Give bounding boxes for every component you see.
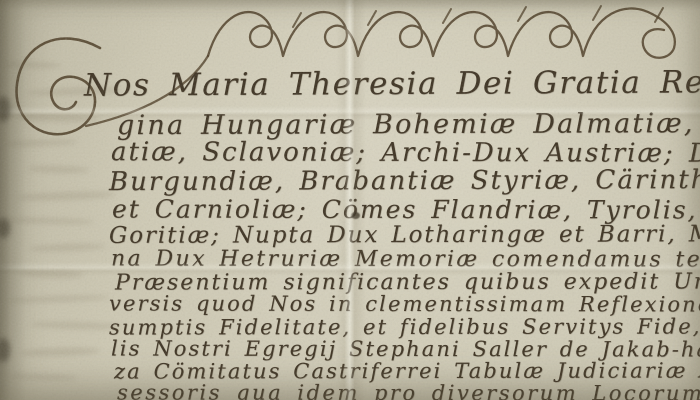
page-gutter-shadow: [0, 0, 26, 400]
show-through-line: [8, 373, 78, 381]
show-through-line: [17, 190, 116, 201]
flourish-tick-marks: [293, 6, 663, 27]
gutter-dark-mark: [0, 96, 10, 122]
show-through-line: [7, 294, 110, 304]
manuscript-line-4: Burgundiæ, Brabantiæ Styriæ, Cärinthiæ,: [109, 165, 700, 197]
manuscript-line-5: et Carnioliæ; Cömes Flandriæ, Tyrolis, e…: [112, 194, 700, 224]
manuscript-page: Nos Maria Theresia Dei Gratia Re. gina H…: [0, 0, 700, 400]
manuscript-line-7: na Dux Hetruriæ Memoriæ comendamus tenor…: [111, 246, 700, 272]
header-loop-flourish: [208, 8, 675, 57]
show-through-line: [5, 139, 78, 148]
gutter-dark-mark: [0, 338, 10, 362]
show-through-line: [19, 347, 100, 358]
manuscript-line-6: Goritiæ; Nupta Dux Lotharingæ et Barri, …: [109, 221, 700, 249]
show-through-line: [6, 217, 94, 225]
show-through-line: [4, 61, 62, 69]
show-through-line: [29, 243, 106, 253]
show-through-line: [28, 165, 90, 174]
show-through-line: [16, 113, 100, 123]
gutter-dark-mark: [0, 218, 10, 238]
manuscript-line-13: sessoris qua idem pro diversorum Locorum…: [117, 380, 700, 400]
manuscript-line-1: Nos Maria Theresia Dei Gratia Re.: [84, 64, 700, 103]
page-edge-shadow-top: [0, 0, 700, 10]
manuscript-line-3: atiæ, Sclavoniæ; Archi-Dux Austriæ; Dux: [111, 137, 700, 169]
manuscript-line-2: gina Hungariæ Bohemiæ Dalmatiæ, Cro.: [117, 108, 700, 141]
show-through-line: [18, 269, 84, 279]
manuscript-line-9: versis quod Nos in clementissimam Reflex…: [109, 291, 700, 316]
